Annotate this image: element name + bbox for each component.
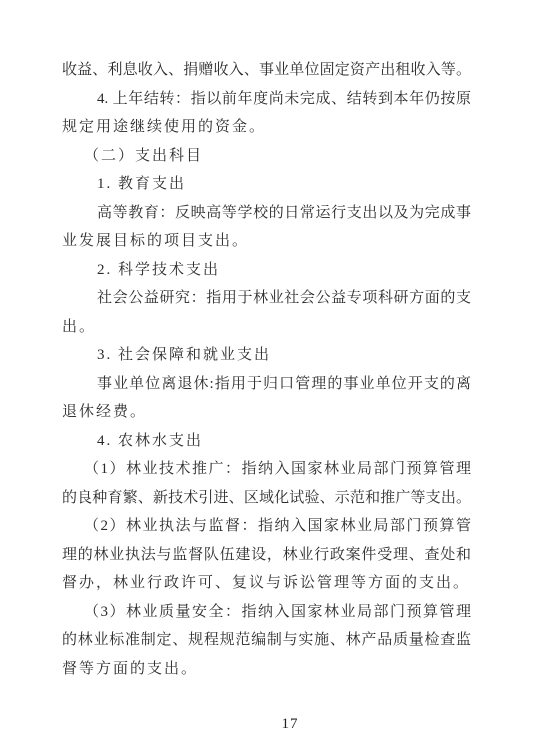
text-line: 4. 上年结转：指以前年度尚未完成、结转到本年仍按原: [62, 85, 471, 114]
text-line: 理的林业执法与监督队伍建设，林业行政案件受理、查处和: [62, 541, 471, 570]
text-line: （1）林业技术推广：指纳入国家林业局部门预算管理: [62, 455, 471, 484]
text-line: 督办，林业行政许可、复议与诉讼管理等方面的支出。: [62, 569, 471, 598]
body-text: 收益、利息收入、捐赠收入、事业单位固定资产出租收入等。 4. 上年结转：指以前年…: [62, 56, 471, 683]
text-line: 事业单位离退休:指用于归口管理的事业单位开支的离: [62, 370, 471, 399]
text-line: （2）林业执法与监督：指纳入国家林业局部门预算管: [62, 512, 471, 541]
text-line: （3）林业质量安全：指纳入国家林业局部门预算管理: [62, 598, 471, 627]
text-line: 的良种育繁、新技术引进、区域化试验、示范和推广等支出。: [62, 484, 471, 513]
text-line: 督等方面的支出。: [62, 655, 471, 684]
page-number: 17: [262, 712, 318, 736]
text-line: 出。: [62, 313, 471, 342]
text-line: 的林业标准制定、规程规范编制与实施、林产品质量检查监: [62, 626, 471, 655]
text-line: 社会公益研究：指用于林业社会公益专项科研方面的支: [62, 284, 471, 313]
text-line: 业发展目标的项目支出。: [62, 227, 471, 256]
subsection-heading: 2. 科学技术支出: [62, 256, 471, 285]
document-page: 收益、利息收入、捐赠收入、事业单位固定资产出租收入等。 4. 上年结转：指以前年…: [0, 0, 535, 754]
text-line: 收益、利息收入、捐赠收入、事业单位固定资产出租收入等。: [62, 56, 471, 85]
text-line: 高等教育：反映高等学校的日常运行支出以及为完成事: [62, 199, 471, 228]
text-line: 规定用途继续使用的资金。: [62, 113, 471, 142]
subsection-heading: 4. 农林水支出: [62, 427, 471, 456]
text-line: 退休经费。: [62, 398, 471, 427]
subsection-heading: 1. 教育支出: [62, 170, 471, 199]
section-heading: （二）支出科目: [62, 142, 471, 171]
subsection-heading: 3. 社会保障和就业支出: [62, 341, 471, 370]
